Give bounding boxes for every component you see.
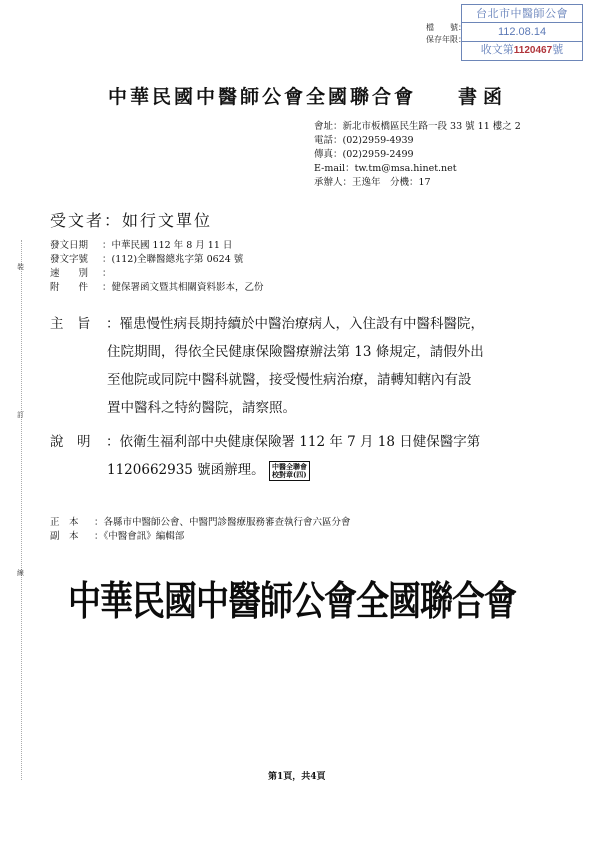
subject-line: ：罹患慢性病長期持續於中醫治療病人，入住設有中醫科醫院，: [106, 316, 484, 332]
copy-value: ：《中醫會訊》編輯部: [94, 531, 184, 542]
subject-line: 住院期間，得依全民健康保險醫療辦法第 13 條規定，請假外出: [50, 338, 484, 366]
explanation-block: 說 明：依衛生福利部中央健康保險署 112 年 7 月 18 日健保醫字第 11…: [50, 428, 480, 484]
meta-value: ：健保署函文暨其相關資料影本，乙份: [102, 282, 264, 293]
margin-mark-line: 線: [17, 568, 24, 578]
file-labels: 檔 號： 保存年限：: [426, 22, 466, 46]
recipient: 受文者：如行文單位: [50, 208, 212, 231]
meta-value: ：(112)全聯醫總兆字第 0624 號: [102, 254, 243, 265]
contact-fax: 傳真：(02)2959-2499: [314, 148, 521, 162]
copy-label: 副 本: [50, 530, 94, 544]
stamp-date: 112.08.14: [462, 23, 582, 41]
file-number-label: 檔 號：: [426, 22, 466, 34]
meta-label: 附 件: [50, 281, 102, 295]
copy-label: 正 本: [50, 516, 94, 530]
subject-label: 主 旨: [50, 310, 106, 338]
meta-value: ：: [102, 268, 112, 279]
meta-value: ：中華民國 112 年 8 月 11 日: [102, 240, 232, 251]
retention-label: 保存年限：: [426, 34, 466, 46]
doc-type: 書函: [458, 82, 508, 109]
official-seal: 中華民國中醫師公會全國聯合會: [68, 570, 516, 626]
copy-row: 副 本：《中醫會訊》編輯部: [50, 530, 351, 544]
page-indicator: 第1頁，共4頁: [268, 769, 326, 782]
binding-line: [21, 240, 23, 780]
meta-row: 附 件：健保署函文暨其相關資料影本，乙份: [50, 281, 264, 295]
explanation-label: 說 明: [50, 428, 106, 456]
subject-line: 置中醫科之特約醫院，請察照。: [50, 394, 484, 422]
contact-block: 會址：新北市板橋區民生路一段 33 號 11 樓之 2 電話：(02)2959-…: [314, 120, 521, 190]
stamp-suffix: 號: [552, 43, 563, 56]
page-title: 中華民國中醫師公會全國聯合會: [108, 82, 416, 109]
subject-block: 主 旨：罹患慢性病長期持續於中醫治療病人，入住設有中醫科醫院， 住院期間，得依全…: [50, 310, 484, 422]
copies-block: 正 本：各縣市中醫師公會、中醫門診醫療服務審查執行會六區分會 副 本：《中醫會訊…: [50, 516, 351, 544]
meta-row: 發文字號：(112)全聯醫總兆字第 0624 號: [50, 253, 264, 267]
margin-mark-staple: 訂: [17, 410, 24, 420]
copy-value: ：各縣市中醫師公會、中醫門診醫療服務審查執行會六區分會: [94, 517, 351, 528]
margin-mark-bind: 裝: [17, 262, 24, 272]
stamp-number: 1120467: [514, 45, 552, 56]
explanation-line: 1120662935 號函辦理。: [107, 462, 265, 478]
stamp-doc-number: 收文第1120467號: [461, 40, 583, 61]
meta-row: 速 別：: [50, 267, 264, 281]
stamp-prefix: 收文第: [481, 43, 514, 56]
receipt-stamp: 台北市中醫師公會 112.08.14: [461, 4, 583, 42]
meta-label: 發文日期: [50, 239, 102, 253]
stamp-org: 台北市中醫師公會: [462, 5, 582, 23]
meta-row: 發文日期：中華民國 112 年 8 月 11 日: [50, 239, 264, 253]
copy-row: 正 本：各縣市中醫師公會、中醫門診醫療服務審查執行會六區分會: [50, 516, 351, 530]
meta-block: 發文日期：中華民國 112 年 8 月 11 日 發文字號：(112)全聯醫總兆…: [50, 239, 264, 295]
subject-line: 至他院或同院中醫科就醫，接受慢性病治療，請轉知轄內有設: [50, 366, 484, 394]
proofread-seal: 中醫全聯會校對章(四): [269, 461, 310, 481]
meta-label: 速 別: [50, 267, 102, 281]
contact-handler: 承辦人：王逸年 分機：17: [314, 176, 521, 190]
meta-label: 發文字號: [50, 253, 102, 267]
explanation-line: ：依衛生福利部中央健康保險署 112 年 7 月 18 日健保醫字第: [106, 434, 480, 450]
contact-phone: 電話：(02)2959-4939: [314, 134, 521, 148]
contact-email: E-mail：tw.tm@msa.hinet.net: [314, 162, 521, 176]
contact-address: 會址：新北市板橋區民生路一段 33 號 11 樓之 2: [314, 120, 521, 134]
